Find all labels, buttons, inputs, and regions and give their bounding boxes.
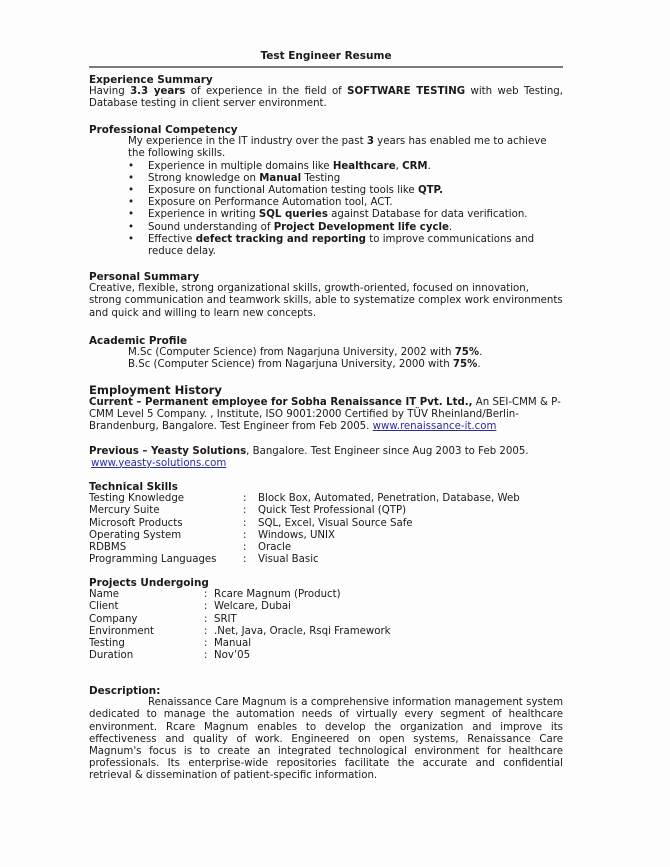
row-value: Oracle [258, 542, 520, 554]
previous-employment-text: , Bangalore. Test Engineer since Aug 200… [246, 446, 528, 457]
bold-text: SOFTWARE TESTING [347, 86, 465, 97]
section-heading: Professional Competency [89, 124, 563, 136]
competency-item: Sound understanding of Project Developme… [128, 222, 563, 234]
technical-skill-row: Testing Knowledge:Block Box, Automated, … [89, 493, 520, 505]
row-separator: : [243, 554, 258, 566]
project-detail-row: Duration:Nov’05 [89, 650, 391, 662]
row-separator: : [204, 650, 214, 662]
text: of experience in the field of [185, 86, 347, 97]
row-label: RDBMS [89, 542, 243, 554]
employment-history-section: Employment History Current – Permanent e… [89, 384, 563, 470]
row-separator: : [204, 638, 214, 650]
bold-text: 3 [367, 136, 374, 147]
competency-item: Exposure on functional Automation testin… [128, 185, 563, 197]
bold-text: defect tracking and reporting [196, 234, 366, 245]
previous-employer-link[interactable]: www.yeasty-solutions.com [91, 458, 226, 469]
section-heading: Description: [89, 685, 563, 697]
text: Effective [148, 234, 196, 245]
section-heading: Academic Profile [89, 335, 563, 347]
degree-score: 75% [455, 347, 479, 358]
text: Having [89, 86, 130, 97]
current-employer-link[interactable]: www.renaissance-it.com [373, 421, 497, 432]
personal-summary-section: Personal Summary Creative, flexible, str… [89, 271, 563, 320]
academic-profile-section: Academic Profile M.Sc (Computer Science)… [89, 335, 563, 372]
degree-text: B.Sc (Computer Science) from Nagarjuna U… [128, 359, 453, 370]
academic-entry: M.Sc (Computer Science) from Nagarjuna U… [128, 347, 563, 359]
row-value: .Net, Java, Oracle, Rsqi Framework [214, 626, 391, 638]
technical-skills-section: Technical Skills Testing Knowledge:Block… [89, 481, 563, 566]
text: Experience in multiple domains like [148, 161, 333, 172]
text: . [428, 161, 431, 172]
professional-competency-section: Professional Competency My experience in… [89, 124, 563, 258]
row-value: SQL, Excel, Visual Source Safe [258, 518, 520, 530]
current-employment: Current – Permanent employee for Sobha R… [89, 397, 563, 434]
text: Strong knowledge on [148, 173, 259, 184]
text: . [449, 222, 452, 233]
competency-intro: My experience in the IT industry over th… [89, 136, 563, 160]
technical-skill-row: Mercury Suite:Quick Test Professional (Q… [89, 505, 520, 517]
personal-summary-text: Creative, flexible, strong organizationa… [89, 283, 563, 320]
row-label: Mercury Suite [89, 505, 243, 517]
competency-item: Experience in writing SQL queries agains… [128, 209, 563, 221]
row-separator: : [243, 518, 258, 530]
row-value: Manual [214, 638, 391, 650]
row-value: Visual Basic [258, 554, 520, 566]
row-value: Block Box, Automated, Penetration, Datab… [258, 493, 520, 505]
row-label: Testing Knowledge [89, 493, 243, 505]
experience-summary-text: Having 3.3 years of experience in the fi… [89, 86, 563, 110]
technical-skill-row: RDBMS:Oracle [89, 542, 520, 554]
row-separator: : [204, 626, 214, 638]
bold-text: CRM [402, 161, 427, 172]
competency-item: Exposure on Performance Automation tool,… [128, 197, 563, 209]
row-value: Welcare, Dubai [214, 601, 391, 613]
bold-text: Manual [259, 173, 301, 184]
previous-employer-label: Previous – Yeasty Solutions [89, 446, 246, 457]
bold-text: Project Development life cycle [274, 222, 449, 233]
experience-summary-section: Experience Summary Having 3.3 years of e… [89, 74, 563, 111]
row-label: Company [89, 614, 204, 626]
document-title: Test Engineer Resume [89, 50, 563, 62]
academic-list: M.Sc (Computer Science) from Nagarjuna U… [89, 347, 563, 371]
project-detail-row: Environment:.Net, Java, Oracle, Rsqi Fra… [89, 626, 391, 638]
competency-item: Experience in multiple domains like Heal… [128, 161, 563, 173]
academic-entry: B.Sc (Computer Science) from Nagarjuna U… [128, 359, 563, 371]
text: Exposure on Performance Automation tool,… [148, 197, 393, 208]
row-label: Testing [89, 638, 204, 650]
technical-skill-row: Microsoft Products:SQL, Excel, Visual So… [89, 518, 520, 530]
section-heading: Employment History [89, 384, 563, 397]
description-section: Description: Renaissance Care Magnum is … [89, 685, 563, 783]
technical-skill-row: Programming Languages:Visual Basic [89, 554, 520, 566]
degree-score: 75% [453, 359, 477, 370]
project-detail-row: Company:SRIT [89, 614, 391, 626]
title-divider [89, 66, 563, 68]
text: Exposure on functional Automation testin… [148, 185, 418, 196]
projects-section: Projects Undergoing Name:Rcare Magnum (P… [89, 577, 563, 662]
section-heading: Projects Undergoing [89, 577, 563, 589]
competency-list: Experience in multiple domains like Heal… [89, 161, 563, 259]
row-label: Microsoft Products [89, 518, 243, 530]
row-label: Name [89, 589, 204, 601]
row-value: Windows, UNIX [258, 530, 520, 542]
row-value: Rcare Magnum (Product) [214, 589, 391, 601]
text: My experience in the IT industry over th… [128, 136, 367, 147]
technical-skills-table: Testing Knowledge:Block Box, Automated, … [89, 493, 520, 566]
row-separator: : [243, 530, 258, 542]
text: Experience in writing [148, 209, 259, 220]
section-heading: Technical Skills [89, 481, 563, 493]
bold-text: 3.3 years [130, 86, 185, 97]
row-label: Programming Languages [89, 554, 243, 566]
project-detail-row: Testing:Manual [89, 638, 391, 650]
bold-text: QTP. [418, 185, 443, 196]
row-separator: : [204, 589, 214, 601]
row-separator: : [204, 614, 214, 626]
technical-skill-row: Operating System:Windows, UNIX [89, 530, 520, 542]
row-label: Environment [89, 626, 204, 638]
degree-text: M.Sc (Computer Science) from Nagarjuna U… [128, 347, 455, 358]
row-separator: : [243, 542, 258, 554]
project-detail-row: Client:Welcare, Dubai [89, 601, 391, 613]
section-heading: Personal Summary [89, 271, 563, 283]
row-value: Nov’05 [214, 650, 391, 662]
row-value: Quick Test Professional (QTP) [258, 505, 520, 517]
text: Testing [301, 173, 340, 184]
bold-text: SQL queries [259, 209, 328, 220]
description-text: Renaissance Care Magnum is a comprehensi… [89, 697, 563, 782]
row-label: Duration [89, 650, 204, 662]
current-employer-label: Current – Permanent employee for Sobha R… [89, 397, 473, 408]
row-separator: : [243, 493, 258, 505]
projects-table: Name:Rcare Magnum (Product)Client:Welcar… [89, 589, 391, 662]
row-label: Operating System [89, 530, 243, 542]
text: Sound understanding of [148, 222, 274, 233]
project-detail-row: Name:Rcare Magnum (Product) [89, 589, 391, 601]
row-value: SRIT [214, 614, 391, 626]
row-label: Client [89, 601, 204, 613]
row-separator: : [204, 601, 214, 613]
previous-employment: Previous – Yeasty Solutions, Bangalore. … [89, 446, 563, 470]
competency-item: Effective defect tracking and reporting … [128, 234, 563, 258]
row-separator: : [243, 505, 258, 517]
competency-item: Strong knowledge on Manual Testing [128, 173, 563, 185]
bold-text: Healthcare [333, 161, 396, 172]
section-heading: Experience Summary [89, 74, 563, 86]
text: against Database for data verification. [328, 209, 528, 220]
